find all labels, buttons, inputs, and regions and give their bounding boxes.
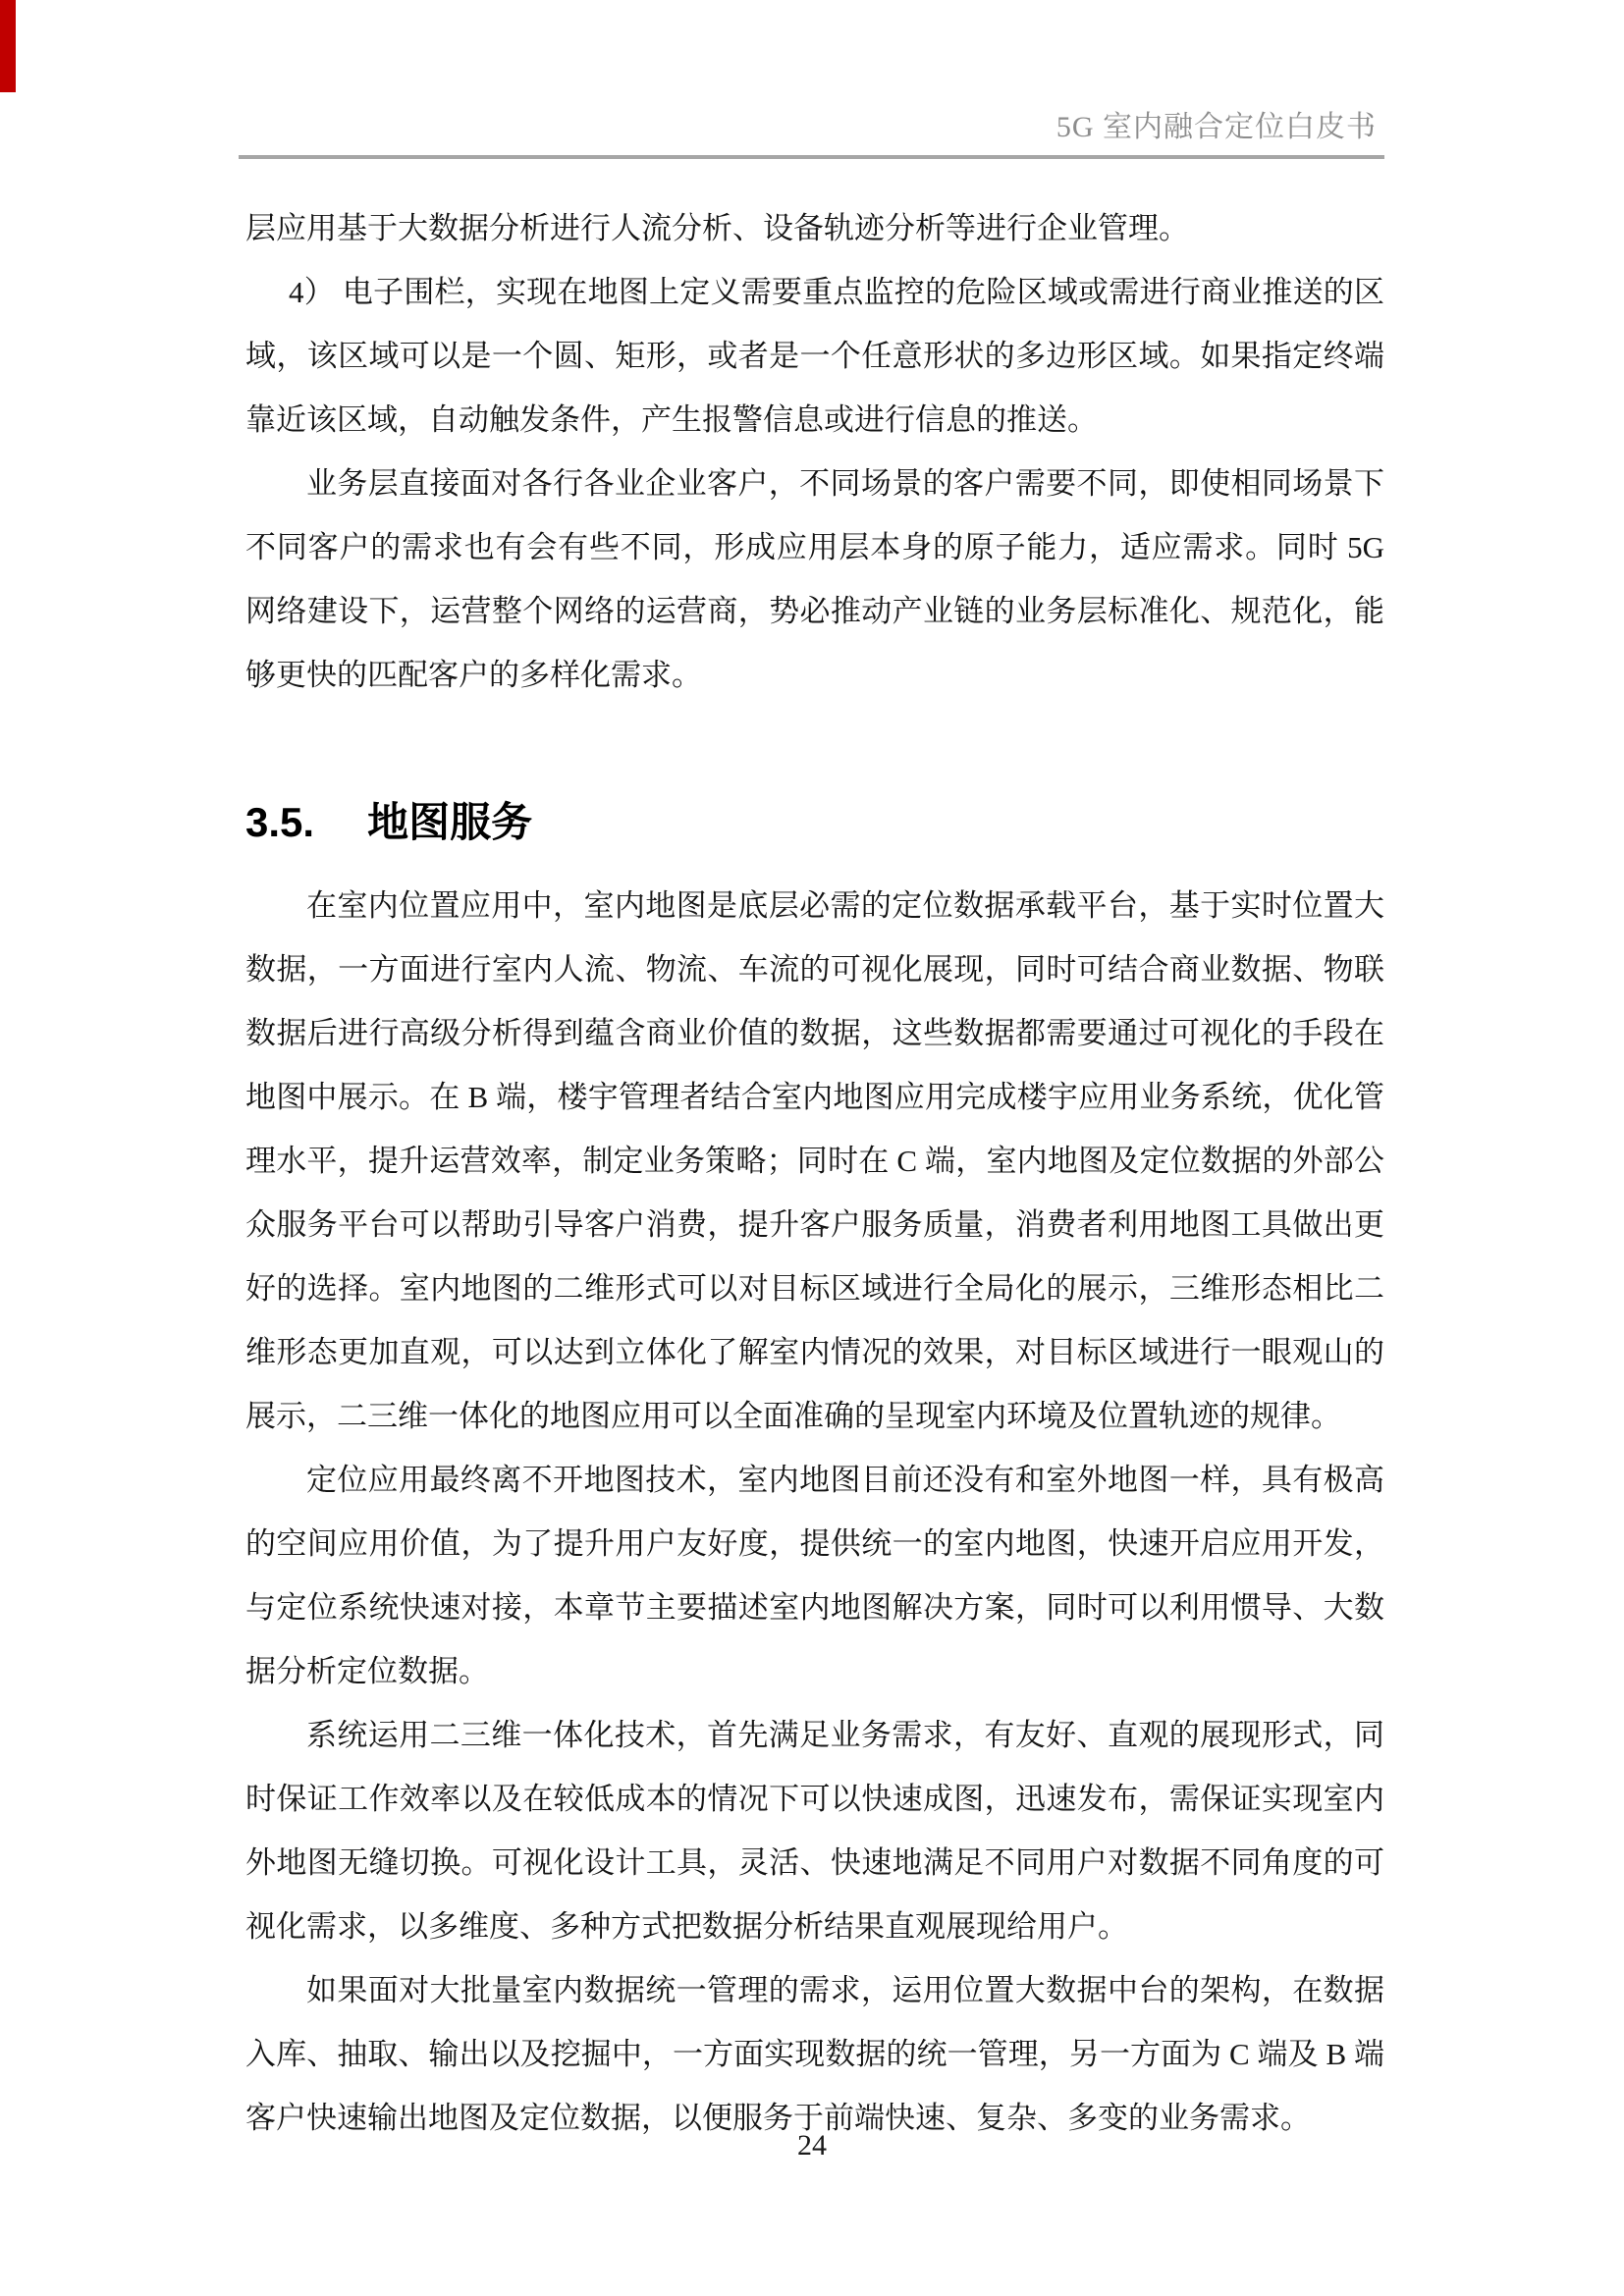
section-title: 地图服务 (367, 799, 532, 845)
page-header-rule (239, 155, 1384, 159)
paragraph-indoor-map-platform: 在室内位置应用中，室内地图是底层必需的定位数据承载平台，基于实时位置大数据，一方… (245, 874, 1384, 1448)
section-heading: 3.5.地图服务 (245, 797, 1384, 848)
paragraph-continuation: 层应用基于大数据分析进行人流分析、设备轨迹分析等进行企业管理。 (245, 196, 1384, 260)
page-number: 24 (0, 2126, 1624, 2165)
page-body: 层应用基于大数据分析进行人流分析、设备轨迹分析等进行企业管理。 4） 电子围栏，… (245, 196, 1384, 2150)
paragraph-list-item-4: 4） 电子围栏，实现在地图上定义需要重点监控的危险区域或需进行商业推送的区域，该… (245, 260, 1384, 452)
paragraph-business-layer: 业务层直接面对各行各业企业客户，不同场景的客户需要不同，即使相同场景下不同客户的… (245, 452, 1384, 707)
paragraph-2d3d-system: 系统运用二三维一体化技术，首先满足业务需求，有友好、直观的展现形式，同时保证工作… (245, 1703, 1384, 1958)
page-header-title: 5G 室内融合定位白皮书 (240, 108, 1377, 147)
section-number: 3.5. (245, 799, 314, 845)
document-page: { "header": { "title": "5G 室内融合定位白皮书" },… (0, 0, 1624, 2296)
red-edge-marker (0, 0, 16, 92)
paragraph-map-technology: 定位应用最终离不开地图技术，室内地图目前还没有和室外地图一样，具有极高的空间应用… (245, 1448, 1384, 1703)
paragraph-data-middle-platform: 如果面对大批量室内数据统一管理的需求，运用位置大数据中台的架构，在数据入库、抽取… (245, 1958, 1384, 2150)
